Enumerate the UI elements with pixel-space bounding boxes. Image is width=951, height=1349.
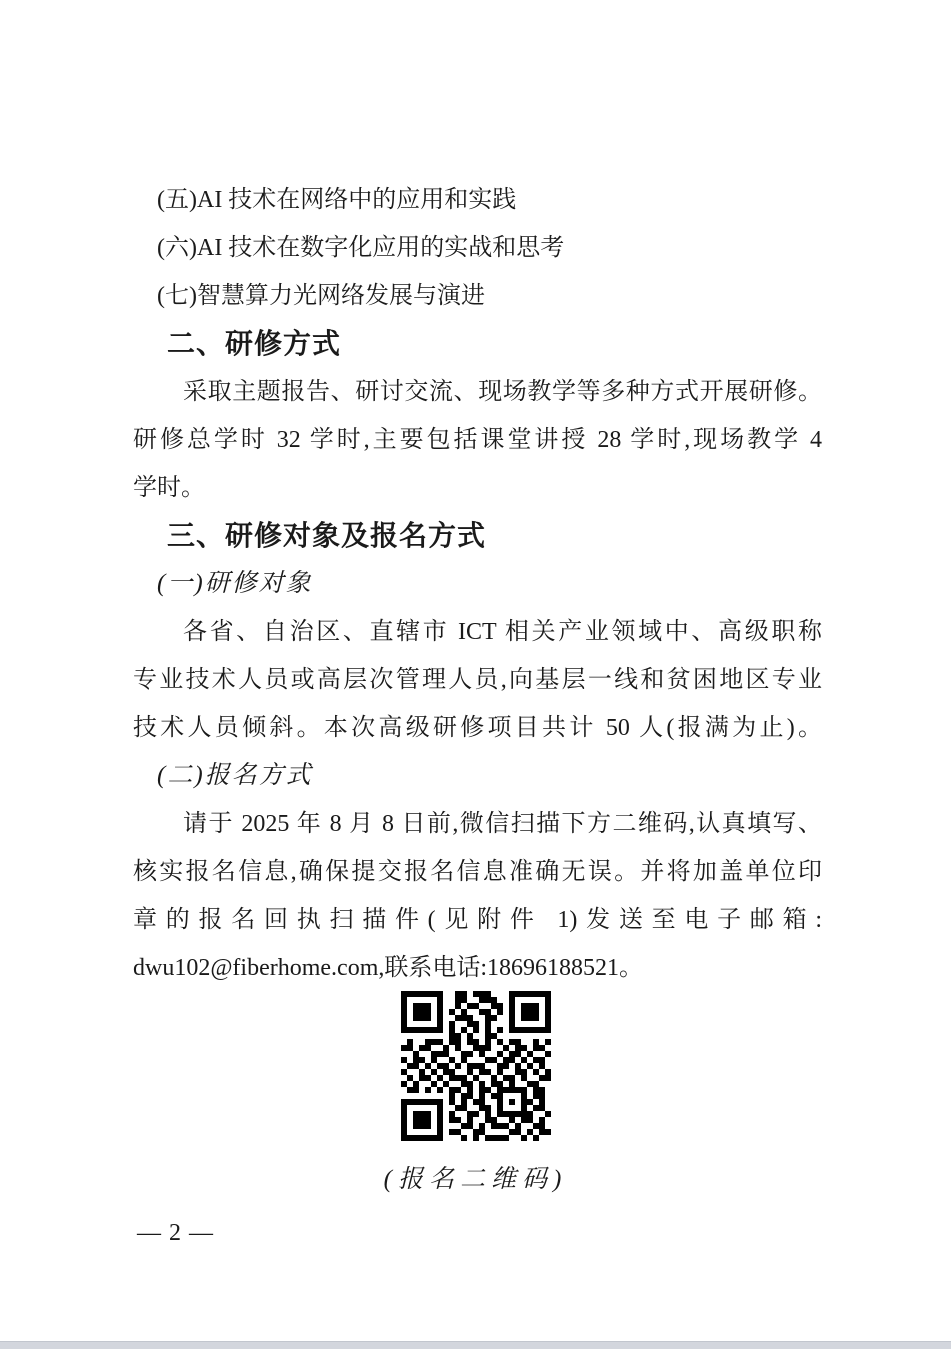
paragraph-line: 研修总学时 32 学时,主要包括课堂讲授 28 学时,现场教学 4 — [133, 416, 822, 464]
paragraph-line: 学时。 — [133, 464, 822, 512]
list-item-5: (五)AI 技术在网络中的应用和实践 — [133, 176, 822, 224]
page-number: — 2 — — [137, 1218, 214, 1248]
paragraph-line: 专业技术人员或高层次管理人员,向基层一线和贫困地区专业 — [133, 656, 822, 704]
qr-caption: (报名二维码) — [0, 1156, 951, 1204]
contact-email-line: dwu102@fiberhome.com,联系电话:18696188521。 — [133, 944, 822, 992]
registration-qr-code — [401, 991, 551, 1141]
subheading-registration-method: (二)报名方式 — [133, 752, 822, 800]
document-page: (五)AI 技术在网络中的应用和实践 (六)AI 技术在数字化应用的实战和思考 … — [0, 0, 951, 1349]
section-heading-research-method: 二、研修方式 — [133, 320, 822, 368]
section-heading-target-registration: 三、研修对象及报名方式 — [133, 512, 822, 560]
document-body: (五)AI 技术在网络中的应用和实践 (六)AI 技术在数字化应用的实战和思考 … — [133, 176, 822, 992]
paragraph-line: 各省、自治区、直辖市 ICT 相关产业领域中、高级职称 — [133, 608, 822, 656]
paragraph-line: 请于 2025 年 8 月 8 日前,微信扫描下方二维码,认真填写、 — [133, 800, 822, 848]
paragraph-line: 章的报名回执扫描件(见附件 1)发送至电子邮箱: — [133, 896, 822, 944]
qr-code-container — [0, 991, 951, 1146]
paragraph-line: 技术人员倾斜。本次高级研修项目共计 50 人(报满为止)。 — [133, 704, 822, 752]
list-item-7: (七)智慧算力光网络发展与演进 — [133, 272, 822, 320]
paragraph-line: 采取主题报告、研讨交流、现场教学等多种方式开展研修。 — [133, 368, 822, 416]
page-bottom-edge — [0, 1341, 951, 1349]
subheading-research-target: (一)研修对象 — [133, 560, 822, 608]
paragraph-line: 核实报名信息,确保提交报名信息准确无误。并将加盖单位印 — [133, 848, 822, 896]
list-item-6: (六)AI 技术在数字化应用的实战和思考 — [133, 224, 822, 272]
